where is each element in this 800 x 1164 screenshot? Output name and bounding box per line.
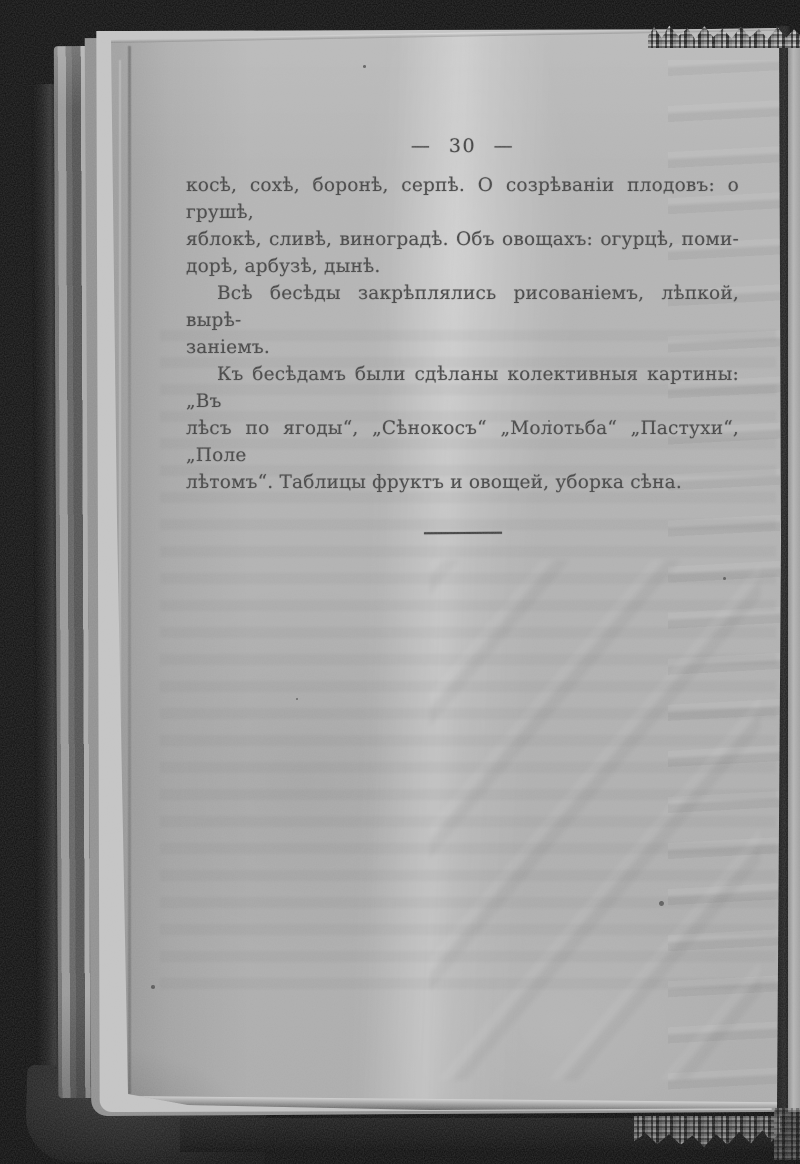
text-line: Всѣ бесѣды закрѣплялись рисованіемъ, лѣп… xyxy=(186,280,739,334)
adjacent-page-edge xyxy=(788,44,800,1112)
page-text-column: — 30 — косѣ, сохѣ, боронѣ, серпѣ. О созр… xyxy=(186,133,739,534)
text-line: косѣ, сохѣ, боронѣ, серпѣ. О созрѣваніи … xyxy=(186,172,739,226)
text-line: заніемъ. xyxy=(186,334,739,361)
paragraph: Всѣ бесѣды закрѣплялись рисованіемъ, лѣп… xyxy=(186,280,739,361)
paper-speck xyxy=(363,65,366,68)
text-line: яблокѣ, сливѣ, виноградѣ. Объ овощахъ: о… xyxy=(186,226,739,253)
paper-speck xyxy=(296,698,298,700)
body-text: косѣ, сохѣ, боронѣ, серпѣ. О созрѣваніи … xyxy=(186,172,739,496)
scan-canvas: — 30 — косѣ, сохѣ, боронѣ, серпѣ. О созр… xyxy=(0,0,800,1164)
binding-cloth-corner xyxy=(774,1108,800,1160)
paper-speck xyxy=(659,901,664,906)
paper-speck xyxy=(548,420,550,422)
page-fold-line xyxy=(128,46,131,1094)
paper-speck xyxy=(151,985,155,989)
text-line: лѣсъ по ягоды“, „Сѣнокосъ“ „Молотьба“ „П… xyxy=(186,415,739,469)
text-line: Къ бесѣдамъ были сдѣланы колективныя кар… xyxy=(186,361,739,415)
paragraph: косѣ, сохѣ, боронѣ, серпѣ. О созрѣваніи … xyxy=(186,172,739,280)
paper-speck xyxy=(723,577,726,580)
paragraph: Къ бесѣдамъ были сдѣланы колективныя кар… xyxy=(186,361,739,496)
text-line: лѣтомъ“. Таблицы фруктъ и овощей, уборка… xyxy=(186,469,739,496)
text-line: дорѣ, арбузѣ, дынѣ. xyxy=(186,253,739,280)
page-number: — 30 — xyxy=(186,133,739,160)
section-divider-rule xyxy=(423,532,501,535)
